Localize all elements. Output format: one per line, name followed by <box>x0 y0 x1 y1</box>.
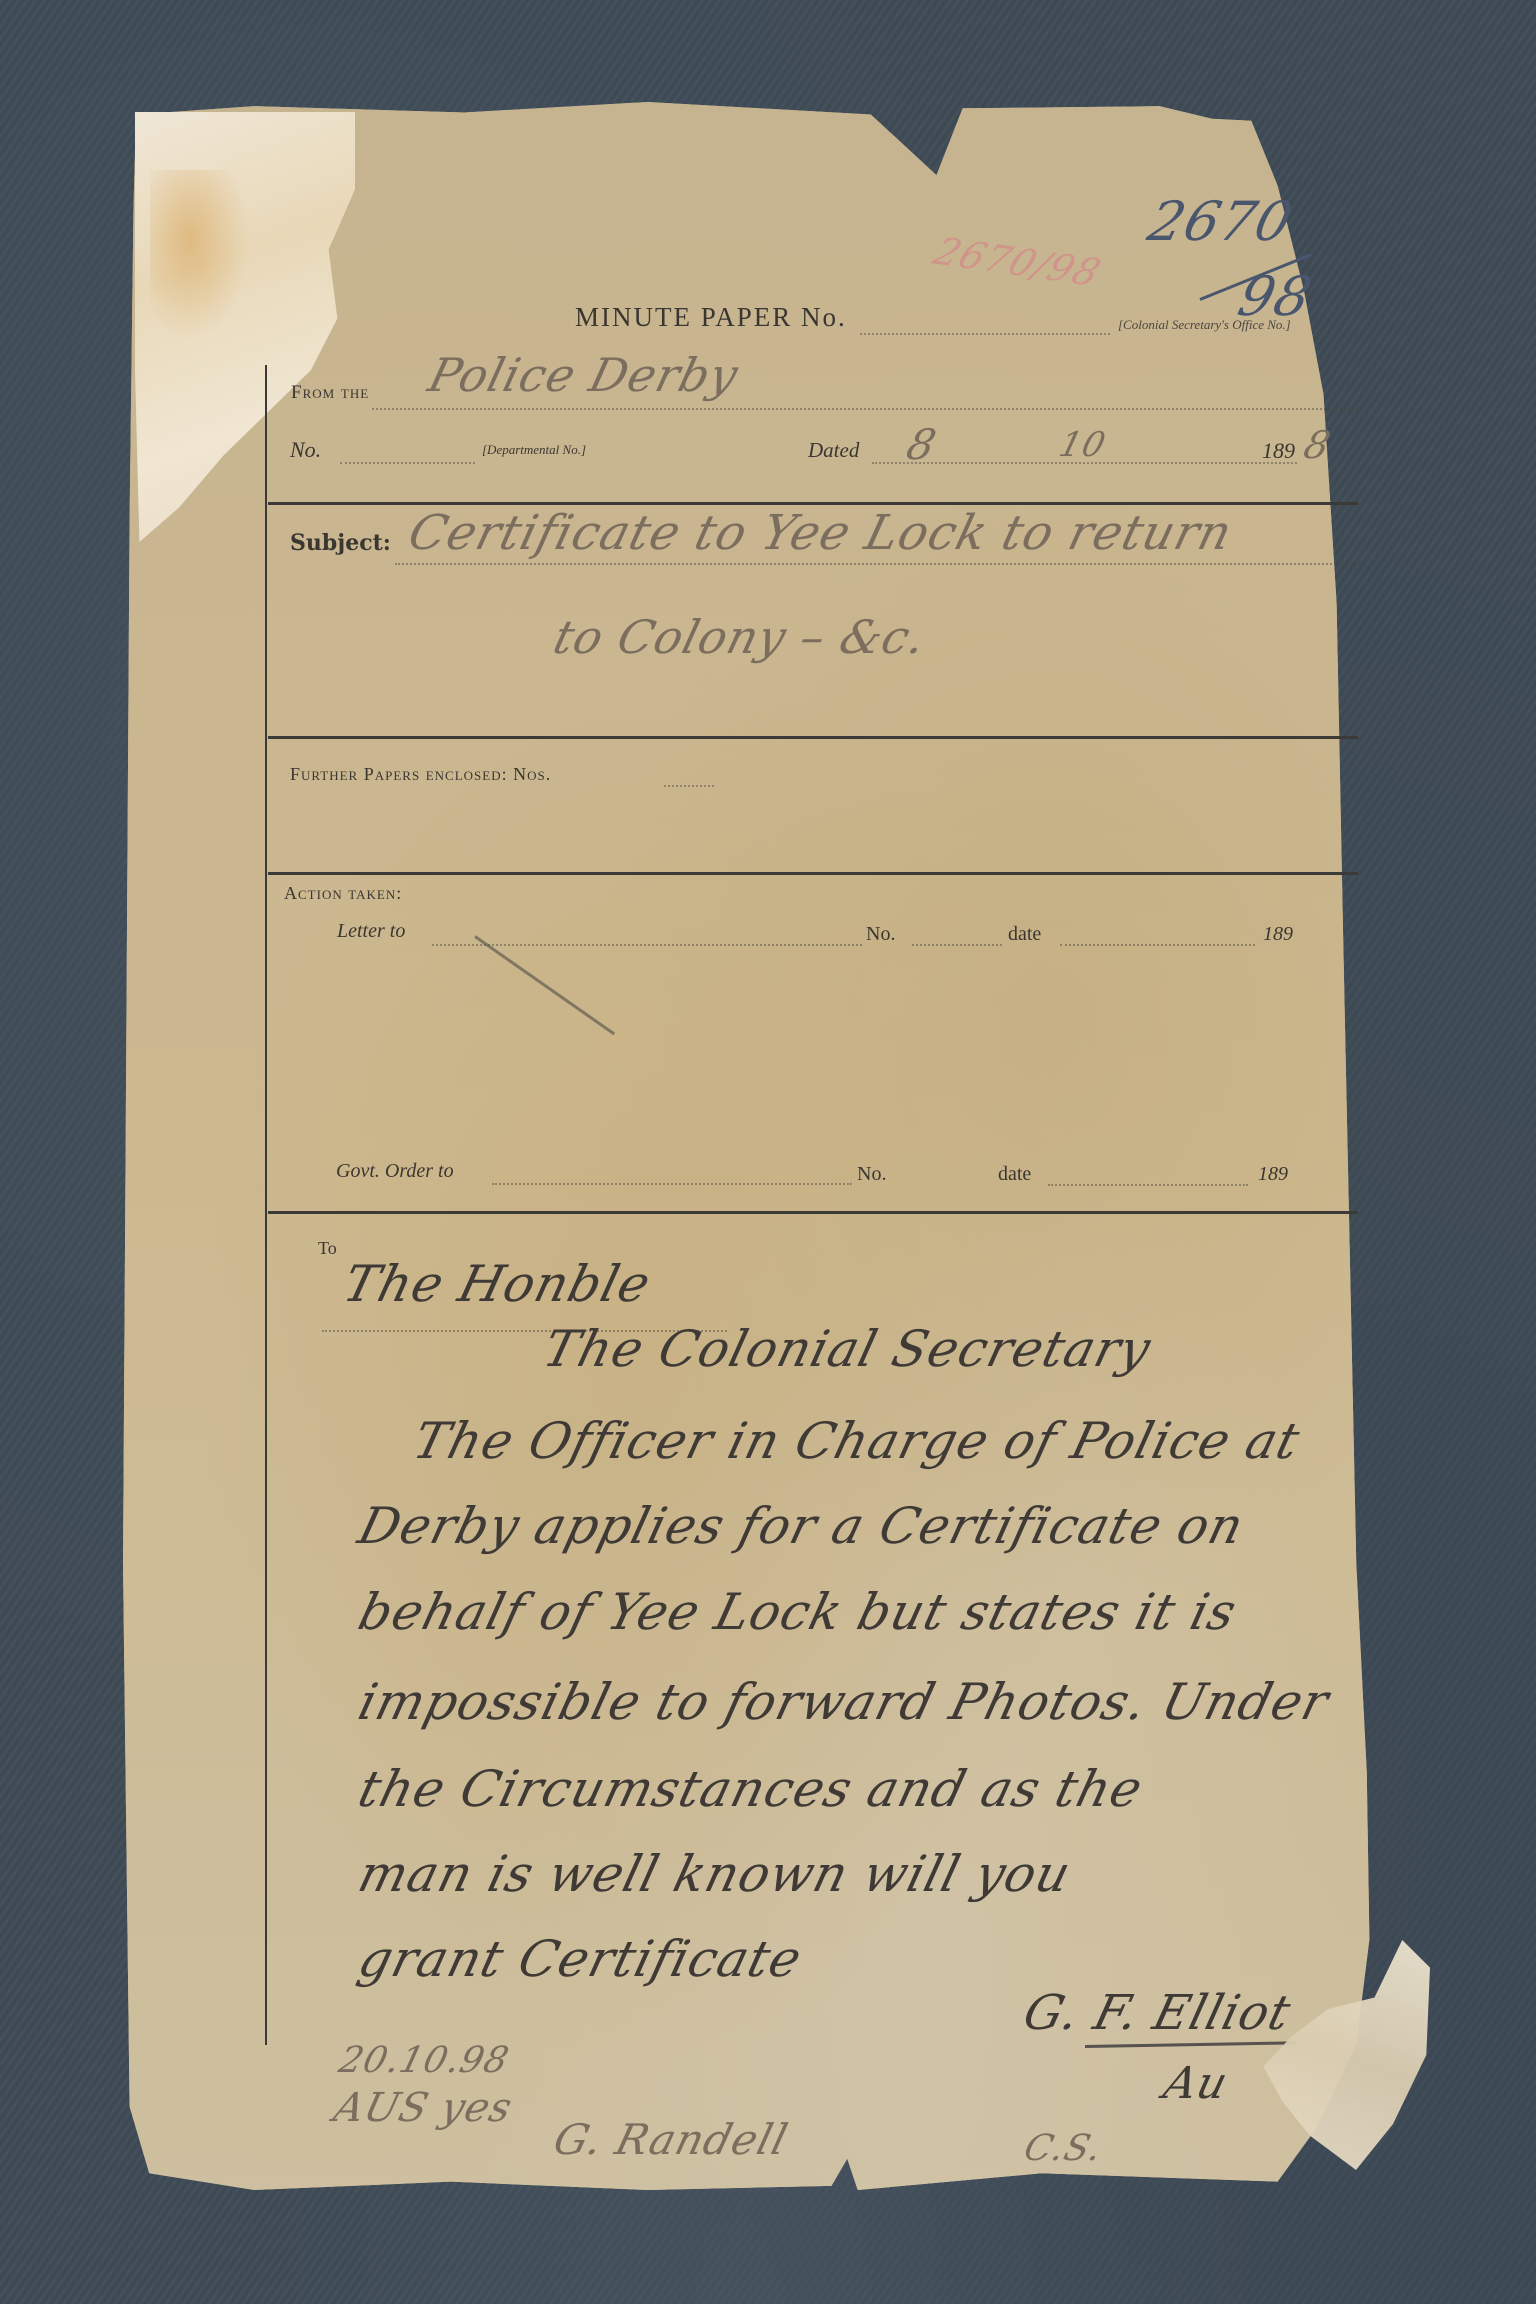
body-line-1: The Officer in Charge of Police at <box>408 1412 1306 1470</box>
minute-paper-number-line <box>860 333 1110 335</box>
govt-order-label: Govt. Order to <box>336 1160 454 1183</box>
govt-order-no-label: No. <box>857 1163 886 1186</box>
subject-label: Subject: <box>290 530 391 556</box>
dated-year-prefix: 189 <box>1262 438 1295 464</box>
subject-line-2: to Colony – &c. <box>548 610 932 664</box>
action-taken-label: Action taken: <box>284 883 402 904</box>
govt-order-line <box>492 1183 852 1185</box>
further-papers-divider <box>268 872 1358 875</box>
subject-line-1: Certificate to Yee Lock to return <box>403 505 1238 561</box>
letter-to-year: 189 <box>1263 923 1293 946</box>
govt-order-year: 189 <box>1258 1163 1288 1186</box>
water-stain <box>150 170 250 340</box>
countersignature-title: C.S. <box>1020 2128 1107 2169</box>
office-number-handwritten: 2670 <box>1142 190 1299 253</box>
govt-order-date-line <box>1048 1184 1248 1186</box>
subject-divider <box>268 736 1358 739</box>
minute-paper-title: MINUTE PAPER No. <box>575 302 847 333</box>
action-divider <box>268 1211 1358 1214</box>
to-label: To <box>318 1238 337 1259</box>
govt-order-date-label: date <box>998 1163 1031 1186</box>
body-line-3: behalf of Yee Lock but states it is <box>353 1583 1243 1641</box>
body-line-6: man is well known will you <box>353 1845 1077 1903</box>
departmental-label: [Departmental No.] <box>482 442 586 458</box>
from-line <box>372 408 1362 410</box>
subject-line <box>395 563 1360 565</box>
signature-title: Au <box>1159 2058 1234 2109</box>
no-label: No. <box>290 437 321 463</box>
countersignature: G. Randell <box>549 2115 793 2164</box>
further-papers-label: Further Papers enclosed: Nos. <box>290 764 551 785</box>
signature: G. F. Elliot <box>1018 1985 1297 2041</box>
from-value: Police Derby <box>423 348 744 402</box>
letter-to-label: Letter to <box>337 920 405 943</box>
annotation-text: AUS yes <box>329 2085 517 2131</box>
dated-label: Dated <box>808 438 859 463</box>
annotation-date: 20.10.98 <box>335 2040 514 2081</box>
addressee-line-2: The Colonial Secretary <box>538 1320 1157 1378</box>
addressee-line-1: The Honble <box>338 1255 657 1313</box>
from-label: From the <box>291 382 369 404</box>
letter-to-date-label: date <box>1008 923 1041 946</box>
letter-to-no-line <box>912 944 1002 946</box>
letter-to-no-label: No. <box>866 923 895 946</box>
body-line-7: grant Certificate <box>353 1930 808 1988</box>
left-margin-rule <box>265 365 267 2045</box>
body-line-5: the Circumstances and as the <box>353 1760 1149 1818</box>
no-line <box>340 462 475 464</box>
body-line-2: Derby applies for a Certificate on <box>353 1497 1250 1555</box>
letter-to-line <box>432 944 862 946</box>
letter-to-date-line <box>1060 944 1255 946</box>
body-line-4: impossible to forward Photos. Under <box>353 1673 1335 1731</box>
further-papers-line <box>664 785 714 787</box>
